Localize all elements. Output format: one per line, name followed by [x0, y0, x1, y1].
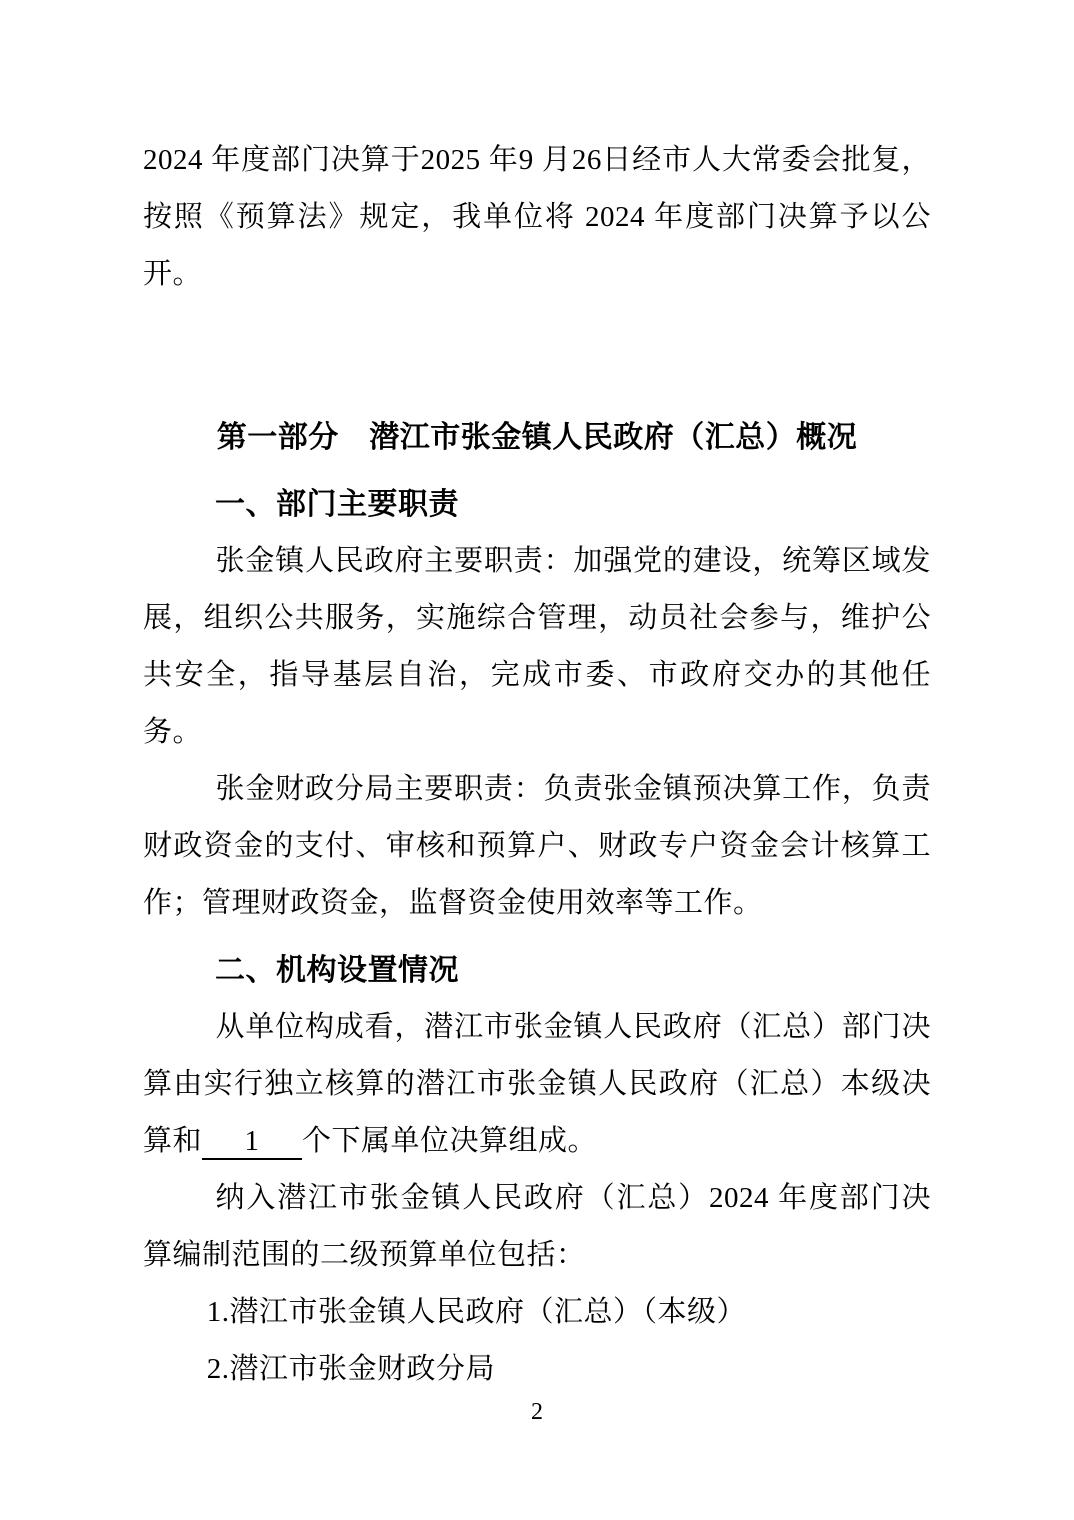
section2-scope-paragraph: 纳入潜江市张金镇人民政府（汇总）2024 年度部门决算编制范围的二级预算单位包括… [143, 1170, 931, 1284]
page-content: 2024 年度部门决算于2025 年9 月26日经市人大常委会批复，按照《预算法… [143, 132, 931, 1398]
document-page: 2024 年度部门决算于2025 年9 月26日经市人大常委会批复，按照《预算法… [0, 0, 1074, 1520]
part1-title: 第一部分 潜江市张金镇人民政府（汇总）概况 [143, 409, 931, 466]
section1-paragraph-1: 张金镇人民政府主要职责：加强党的建设，统筹区域发展，组织公共服务，实施综合管理，… [143, 533, 931, 761]
section2-heading: 二、机构设置情况 [143, 942, 931, 999]
subordinate-unit-count: 1 [202, 1124, 302, 1160]
unit-list-item-1: 1.潜江市张金镇人民政府（汇总）（本级） [143, 1284, 931, 1341]
page-footer: 2 [0, 1398, 1074, 1426]
unit-list-item-2: 2.潜江市张金财政分局 [143, 1341, 931, 1398]
intro-paragraph: 2024 年度部门决算于2025 年9 月26日经市人大常委会批复，按照《预算法… [143, 132, 931, 303]
section1-paragraph-2: 张金财政分局主要职责：负责张金镇预决算工作，负责财政资金的支付、审核和预算户、财… [143, 761, 931, 932]
section1-heading: 一、部门主要职责 [143, 476, 931, 533]
page-number: 2 [531, 1399, 543, 1425]
composition-text-suffix: 个下属单位决算组成。 [302, 1125, 597, 1157]
section2-composition-paragraph: 从单位构成看，潜江市张金镇人民政府（汇总）部门决算由实行独立核算的潜江市张金镇人… [143, 999, 931, 1170]
